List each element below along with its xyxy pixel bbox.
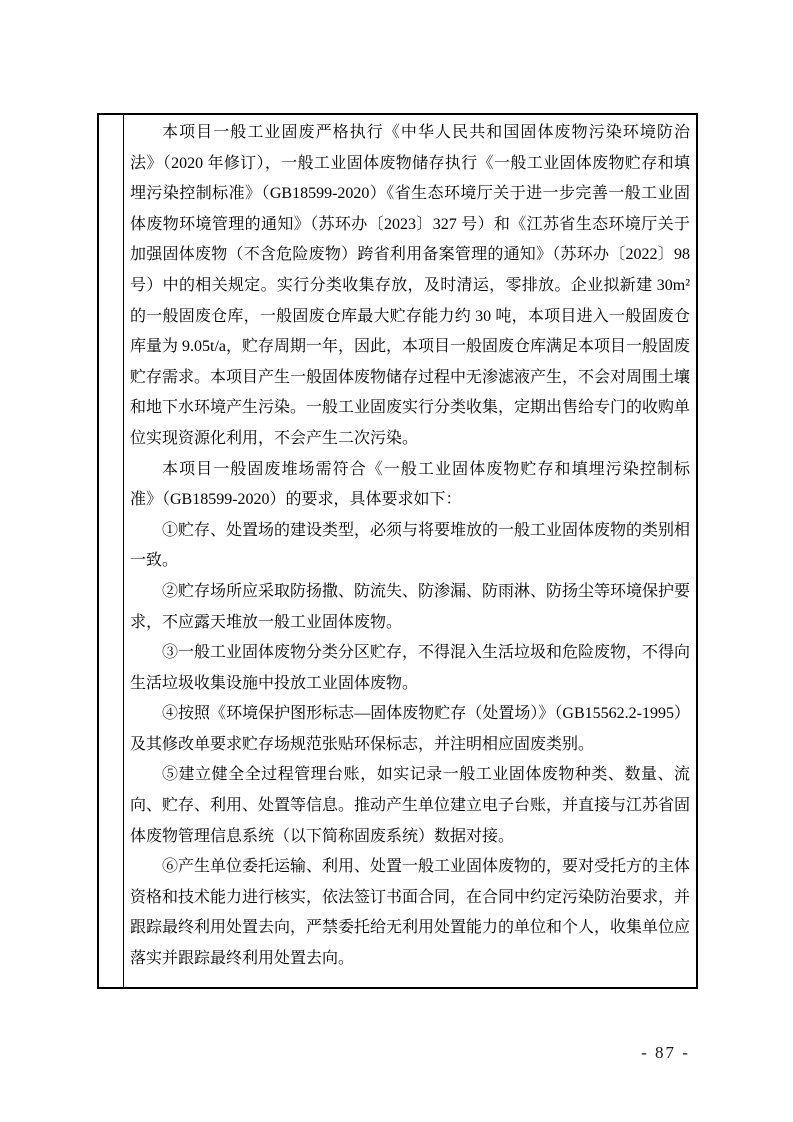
paragraph-requirement-1: ①贮存、处置场的建设类型，必须与将要堆放的一般工业固体废物的类别相一致。: [130, 516, 690, 577]
paragraph-storage-standard-intro: 本项目一般固废堆场需符合《一般工业固体废物贮存和填埋污染控制标准》（GB1859…: [130, 455, 690, 516]
paragraph-requirement-5: ⑤建立健全全过程管理台账，如实记录一般工业固体废物种类、数量、流向、贮存、利用、…: [130, 760, 690, 852]
paragraph-requirement-6: ⑥产生单位委托运输、利用、处置一般工业固体废物的，要对受托方的主体资格和技术能力…: [130, 852, 690, 974]
table-left-gutter-cell: [99, 115, 124, 987]
table-content-cell: 本项目一般工业固废严格执行《中华人民共和国固体废物污染环境防治法》（2020 年…: [124, 115, 696, 987]
document-page: 本项目一般工业固废严格执行《中华人民共和国固体废物污染环境防治法》（2020 年…: [0, 0, 793, 1122]
paragraph-general-solid-waste-regulations: 本项目一般工业固废严格执行《中华人民共和国固体废物污染环境防治法》（2020 年…: [130, 118, 690, 455]
paragraph-requirement-2: ②贮存场所应采取防扬撒、防流失、防渗漏、防雨淋、防扬尘等环境保护要求，不应露天堆…: [130, 577, 690, 638]
paragraph-requirement-4: ④按照《环境保护图形标志—固体废物贮存（处置场）》（GB15562.2-1995…: [130, 699, 690, 760]
page-number: - 87 -: [618, 1043, 713, 1063]
paragraph-requirement-3: ③一般工业固体废物分类分区贮存，不得混入生活垃圾和危险废物，不得向生活垃圾收集设…: [130, 638, 690, 699]
content-table: 本项目一般工业固废严格执行《中华人民共和国固体废物污染环境防治法》（2020 年…: [97, 113, 698, 989]
